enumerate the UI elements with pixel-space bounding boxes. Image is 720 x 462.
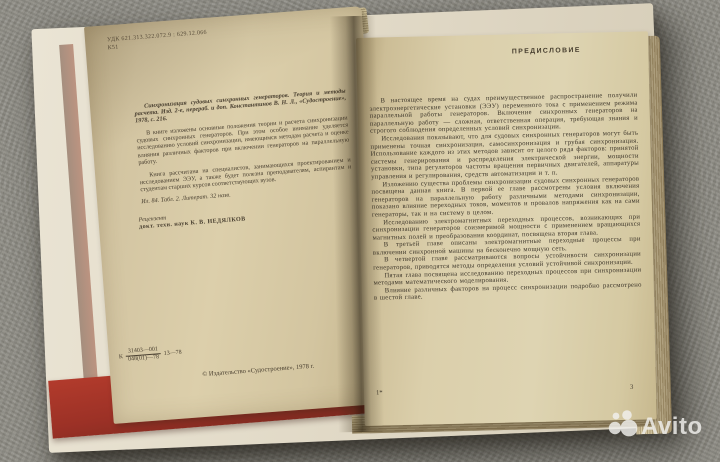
preface-paragraph: Изложению существа проблемы синхронизаци… [371, 175, 640, 219]
book-gutter-shadow [330, 16, 385, 433]
annotation-block: Синхронизация судовых синхронных генерат… [134, 88, 353, 206]
avito-watermark: Avito [608, 408, 703, 445]
photo-scene: УДК 621.313.322.072.9 : 629.12.066 К51 С… [0, 0, 720, 462]
preface-heading: ПРЕДИСЛОВИЕ [476, 46, 616, 56]
avito-wordmark: Avito [641, 413, 703, 441]
avito-logo-icon [608, 408, 638, 445]
preface-paragraph: В настоящее время на судах преимуществен… [369, 92, 638, 136]
preface-body: В настоящее время на судах преимуществен… [369, 92, 642, 303]
page-number: 3 [630, 384, 634, 391]
code-letter: К [119, 354, 123, 360]
code-fraction: 31403—001 048(01)—78 [125, 346, 161, 364]
code-suffix: 13—78 [163, 349, 181, 356]
preface-page: ПРЕДИСЛОВИЕ В настоящее время на судах п… [356, 31, 657, 426]
preface-paragraph: Исследования показывают, что для судовых… [370, 130, 639, 182]
